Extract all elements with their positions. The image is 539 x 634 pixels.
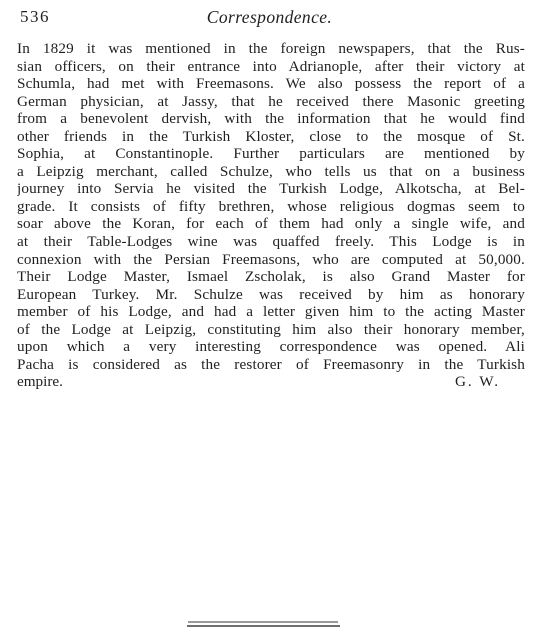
text-line: of the Lodge at Leipzig, constituting hi…: [17, 321, 525, 339]
text-line: at their Table-Lodges wine was quaffed f…: [17, 233, 525, 251]
last-text-row: empire. G. W.: [17, 373, 525, 391]
text-line: soar above the Koran, for each of them h…: [17, 215, 525, 233]
text-line: a Leipzig merchant, called Schulze, who …: [17, 163, 525, 181]
text-line: German physician, at Jassy, that he rece…: [17, 93, 525, 111]
author-initials: G. W.: [455, 373, 525, 391]
text-line: journey into Servia he visited the Turki…: [17, 180, 525, 198]
page-header: 536 Correspondence.: [0, 7, 539, 33]
text-line: In 1829 it was mentioned in the foreign …: [17, 40, 525, 58]
bottom-rule: [187, 621, 340, 627]
text-line: grade. It consists of fifty brethren, wh…: [17, 198, 525, 216]
text-line: Sophia, at Constantinople. Further parti…: [17, 145, 525, 163]
text-line: Pacha is considered as the restorer of F…: [17, 356, 525, 374]
text-line: other friends in the Turkish Kloster, cl…: [17, 128, 525, 146]
text-line: sian officers, on their entrance into Ad…: [17, 58, 525, 76]
text-line: Their Lodge Master, Ismael Zscholak, is …: [17, 268, 525, 286]
text-line: upon which a very interesting correspond…: [17, 338, 525, 356]
text-line: member of his Lodge, and had a letter gi…: [17, 303, 525, 321]
last-line: empire.: [17, 373, 63, 391]
bottom-rule-top-stroke: [188, 621, 338, 623]
running-title: Correspondence.: [0, 7, 539, 28]
text-line: from a benevolent dervish, with the info…: [17, 110, 525, 128]
text-line: Schumla, had met with Freemasons. We als…: [17, 75, 525, 93]
bottom-rule-bottom-stroke: [187, 625, 340, 627]
text-line: connexion with the Persian Freemasons, w…: [17, 251, 525, 269]
text-line: European Turkey. Mr. Schulze was receive…: [17, 286, 525, 304]
body-text: In 1829 it was mentioned in the foreign …: [17, 40, 525, 391]
